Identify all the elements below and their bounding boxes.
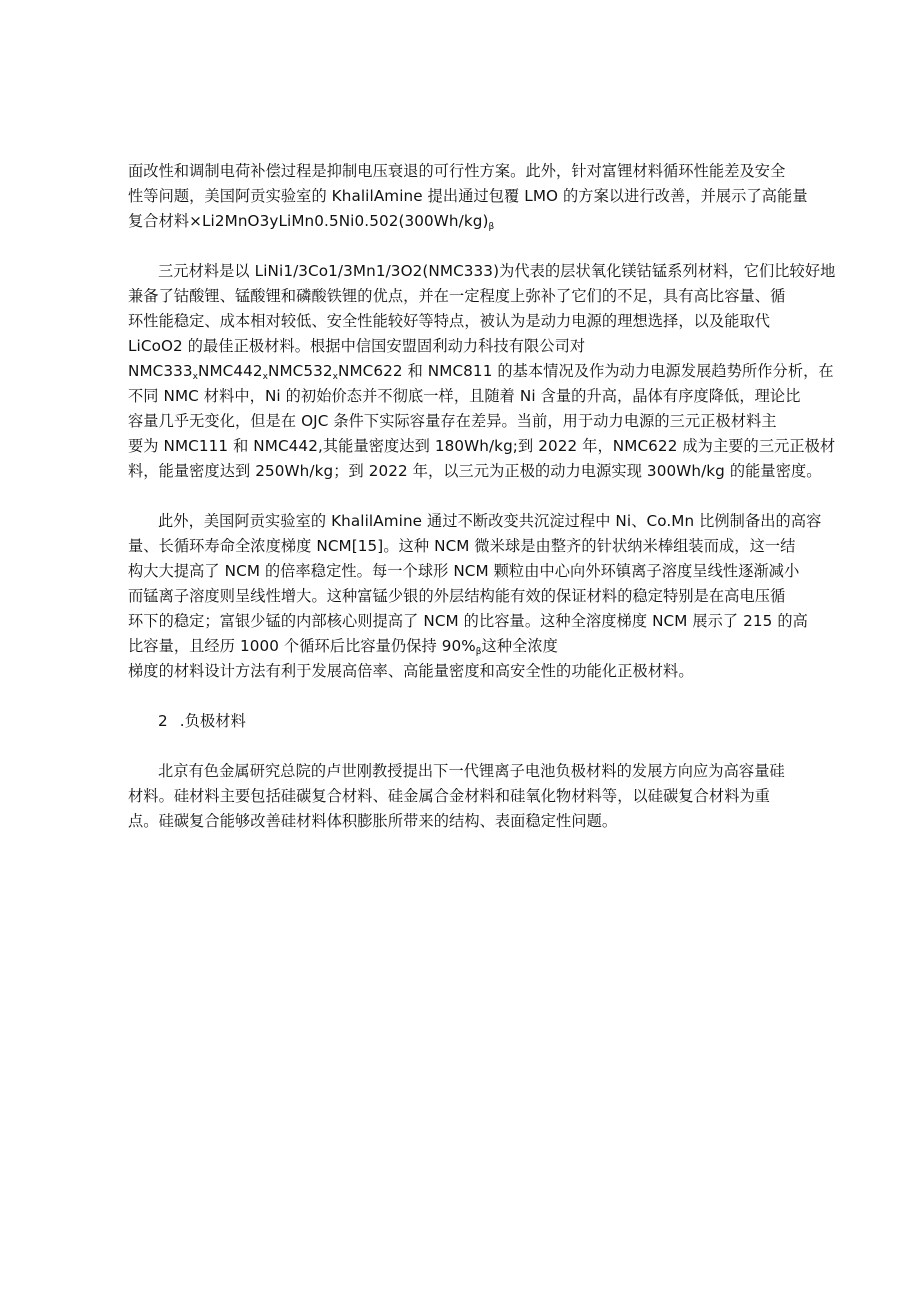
text-line: 北京有色金属研究总院的卢世刚教授提出下一代锂离子电池负极材料的发展方向应为高容量…: [158, 761, 785, 781]
text-line: 面改性和调制电荷补偿过程是抑制电压衰退的可行性方案。此外，针对富锂材料循环性能差…: [128, 161, 785, 181]
text-line: 此外，美国阿贡实验室的 KhalilAmine 通过不断改变共沉淀过程中 Ni、…: [158, 511, 821, 531]
text-line: 比容量，且经历 1000 个循环后比容量仍保持 90%β这种全浓度: [128, 636, 558, 656]
text-line: 点。硅碳复合能够改善硅材料体积膨胀所带来的结构、表面稳定性问题。: [128, 811, 617, 831]
text-segment: 这种全浓度: [482, 637, 558, 655]
text-segment: NMC622 和 NMC811 的基本情况及作为动力电源发展趋势所作分析，在: [338, 362, 834, 380]
section-heading: 2.负极材料: [158, 711, 246, 731]
text-segment: 比容量，且经历 1000 个循环后比容量仍保持 90%: [128, 637, 476, 655]
subscript-mark: β: [489, 222, 495, 232]
text-line: 材料。硅材料主要包括硅碳复合材料、硅金属合金材料和硅氧化物材料等，以硅碳复合材料…: [128, 786, 770, 806]
heading-number: 2: [158, 712, 168, 730]
text-line: 要为 NMC111 和 NMC442,其能量密度达到 180Wh/kg;到 20…: [128, 436, 835, 456]
text-line: 复合材料×Li2MnO3yLiMn0.5Ni0.502(300Wh/kg)β: [128, 211, 494, 231]
text-line: 三元材料是以 LiNi1/3Co1/3Mn1/3O2(NMC333)为代表的层状…: [158, 261, 835, 281]
text-segment: NMC442: [198, 362, 263, 380]
text-line: 量、长循环寿命全浓度梯度 NCM[15]。这种 NCM 微米球是由整齐的针状纳米…: [128, 536, 795, 556]
text-line: 容量几乎无变化，但是在 OJC 条件下实际容量存在差异。当前，用于动力电源的三元…: [128, 411, 777, 431]
text-line: 梯度的材料设计方法有利于发展高倍率、高能量密度和高安全性的功能化正极材料。: [128, 661, 694, 681]
text-line: 而锰离子溶度则呈线性增大。这种富锰少银的外层结构能有效的保证材料的稳定特别是在高…: [128, 586, 785, 606]
text-line: 兼备了钴酸锂、锰酸锂和磷酸铁锂的优点，并在一定程度上弥补了它们的不足，具有高比容…: [128, 286, 785, 306]
text-segment: NMC333: [128, 362, 193, 380]
text-line: 环性能稳定、成本相对较低、安全性能较好等特点，被认为是动力电源的理想选择，以及能…: [128, 311, 770, 331]
text-segment: NMC532: [268, 362, 333, 380]
text-segment: 复合材料×Li2MnO3yLiMn0.5Ni0.502(300Wh/kg): [128, 212, 489, 230]
text-line: 环下的稳定；富银少锰的内部核心则提高了 NCM 的比容量。这种全溶度梯度 NCM…: [128, 611, 808, 631]
text-line: 性等问题，美国阿贡实验室的 KhalilAmine 提出通过包覆 LMO 的方案…: [128, 186, 808, 206]
text-line: 不同 NMC 材料中，Ni 的初始价态并不彻底一样，且随着 Ni 含量的升高，晶…: [128, 386, 801, 406]
text-line: NMC333xNMC442xNMC532xNMC622 和 NMC811 的基本…: [128, 361, 834, 381]
heading-title: 负极材料: [185, 712, 246, 730]
text-line: 构大大提高了 NCM 的倍率稳定性。每一个球形 NCM 颗粒由中心向外环镇离子溶…: [128, 561, 799, 581]
text-line: 料，能量密度达到 250Wh/kg；到 2022 年，以三元为正极的动力电源实现…: [128, 461, 822, 481]
text-line: LiCoO2 的最佳正极材料。根据中信国安盟固利动力科技有限公司对: [128, 336, 585, 356]
